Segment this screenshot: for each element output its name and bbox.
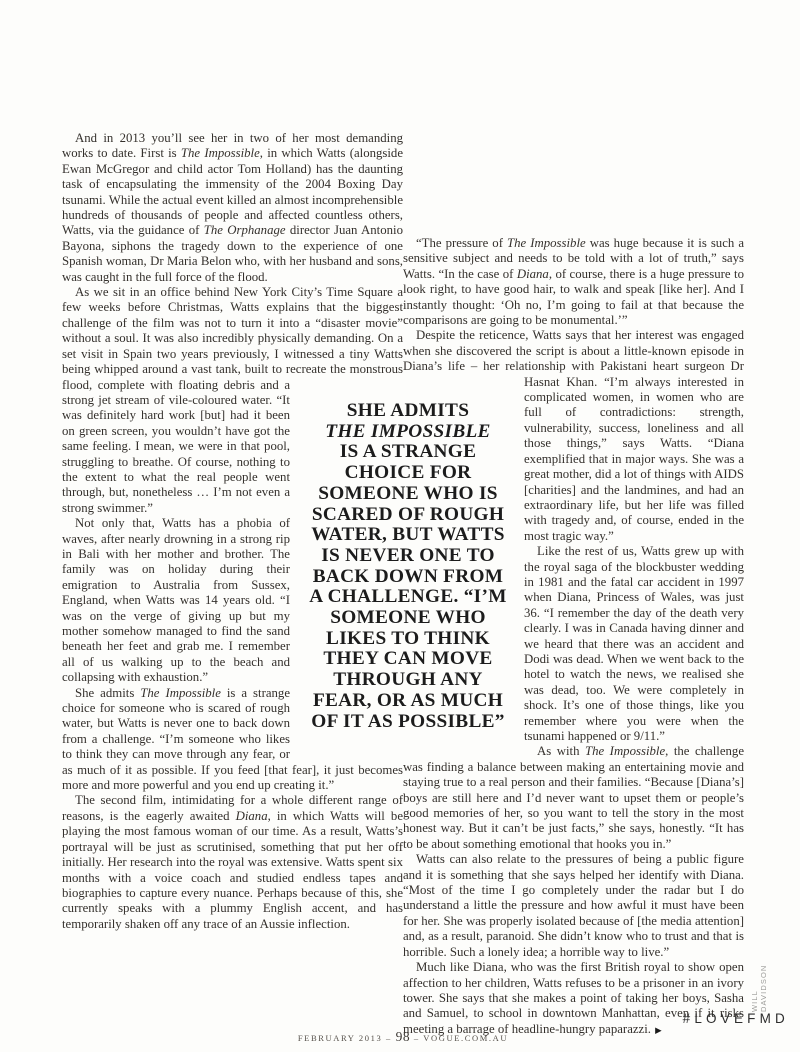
text-run: Watts can also relate to the pressures o…	[403, 852, 744, 958]
pull-quote-line: THROUGH ANY	[283, 670, 533, 691]
text-run: , in which Watts will be playing the mos…	[62, 809, 403, 931]
text-run: “The pressure of	[416, 236, 507, 250]
text-run: Not only that, Watts has a phobia of wav…	[62, 516, 290, 684]
footer-issue-date: FEBRUARY 2013 –	[298, 1033, 392, 1043]
pull-quote-line: THE IMPOSSIBLE	[283, 422, 533, 443]
pull-quote-line: SOMEONE WHO IS	[283, 484, 533, 505]
italic-title: The Impossible	[140, 686, 221, 700]
pull-quote-line: FEAR, OR AS MUCH	[283, 691, 533, 712]
text-run: , the challenge was finding a balance be…	[403, 744, 744, 850]
pull-quote-line: SOMEONE WHO	[283, 608, 533, 629]
italic-title: The Impossible	[181, 146, 260, 160]
page-number: 98	[396, 1029, 411, 1044]
pull-quote-line: CHOICE FOR	[283, 463, 533, 484]
italic-title: Diana	[236, 809, 268, 823]
pull-quote-line: SCARED OF ROUGH	[283, 505, 533, 526]
paragraph: And in 2013 you’ll see her in two of her…	[62, 131, 403, 285]
paragraph: Much like Diana, who was the first Briti…	[403, 960, 744, 1038]
italic-title: The Orphanage	[204, 223, 286, 237]
pull-quote-line: LIKES TO THINK	[283, 629, 533, 650]
photographer-credit: WILL DAVIDSON	[750, 950, 768, 1012]
watermark-text: #LOVEFMD	[683, 1011, 789, 1026]
paragraph: The second film, intimidating for a whol…	[62, 793, 403, 932]
pull-quote: SHE ADMITSTHE IMPOSSIBLEIS A STRANGECHOI…	[283, 401, 533, 732]
italic-title: Diana	[517, 267, 549, 281]
pull-quote-line: SHE ADMITS	[283, 401, 533, 422]
pull-quote-line: IS NEVER ONE TO	[283, 546, 533, 567]
pull-quote-line: WATER, BUT WATTS	[283, 525, 533, 546]
pull-quote-line: A CHALLENGE. “I’M	[283, 587, 533, 608]
text-run: As with	[537, 744, 585, 758]
pull-quote-line: BACK DOWN FROM	[283, 567, 533, 588]
pull-quote-line: IS A STRANGE	[283, 442, 533, 463]
italic-title: The Impossible	[507, 236, 586, 250]
text-run: She admits	[75, 686, 140, 700]
pull-quote-line: OF IT AS POSSIBLE”	[283, 712, 533, 733]
paragraph: As with The Impossible, the challenge wa…	[403, 744, 744, 852]
magazine-page: And in 2013 you’ll see her in two of her…	[0, 0, 800, 1052]
page-footer: FEBRUARY 2013 – 98 – VOGUE.COM.AU	[62, 1029, 744, 1045]
footer-site-url: – VOGUE.COM.AU	[414, 1033, 508, 1043]
pull-quote-line: THEY CAN MOVE	[283, 649, 533, 670]
text-run: Like the rest of us, Watts grew up with …	[524, 544, 744, 743]
paragraph: Watts can also relate to the pressures o…	[403, 852, 744, 960]
paragraph: “The pressure of The Impossible was huge…	[403, 236, 744, 328]
italic-title: The Impossible	[585, 744, 665, 758]
